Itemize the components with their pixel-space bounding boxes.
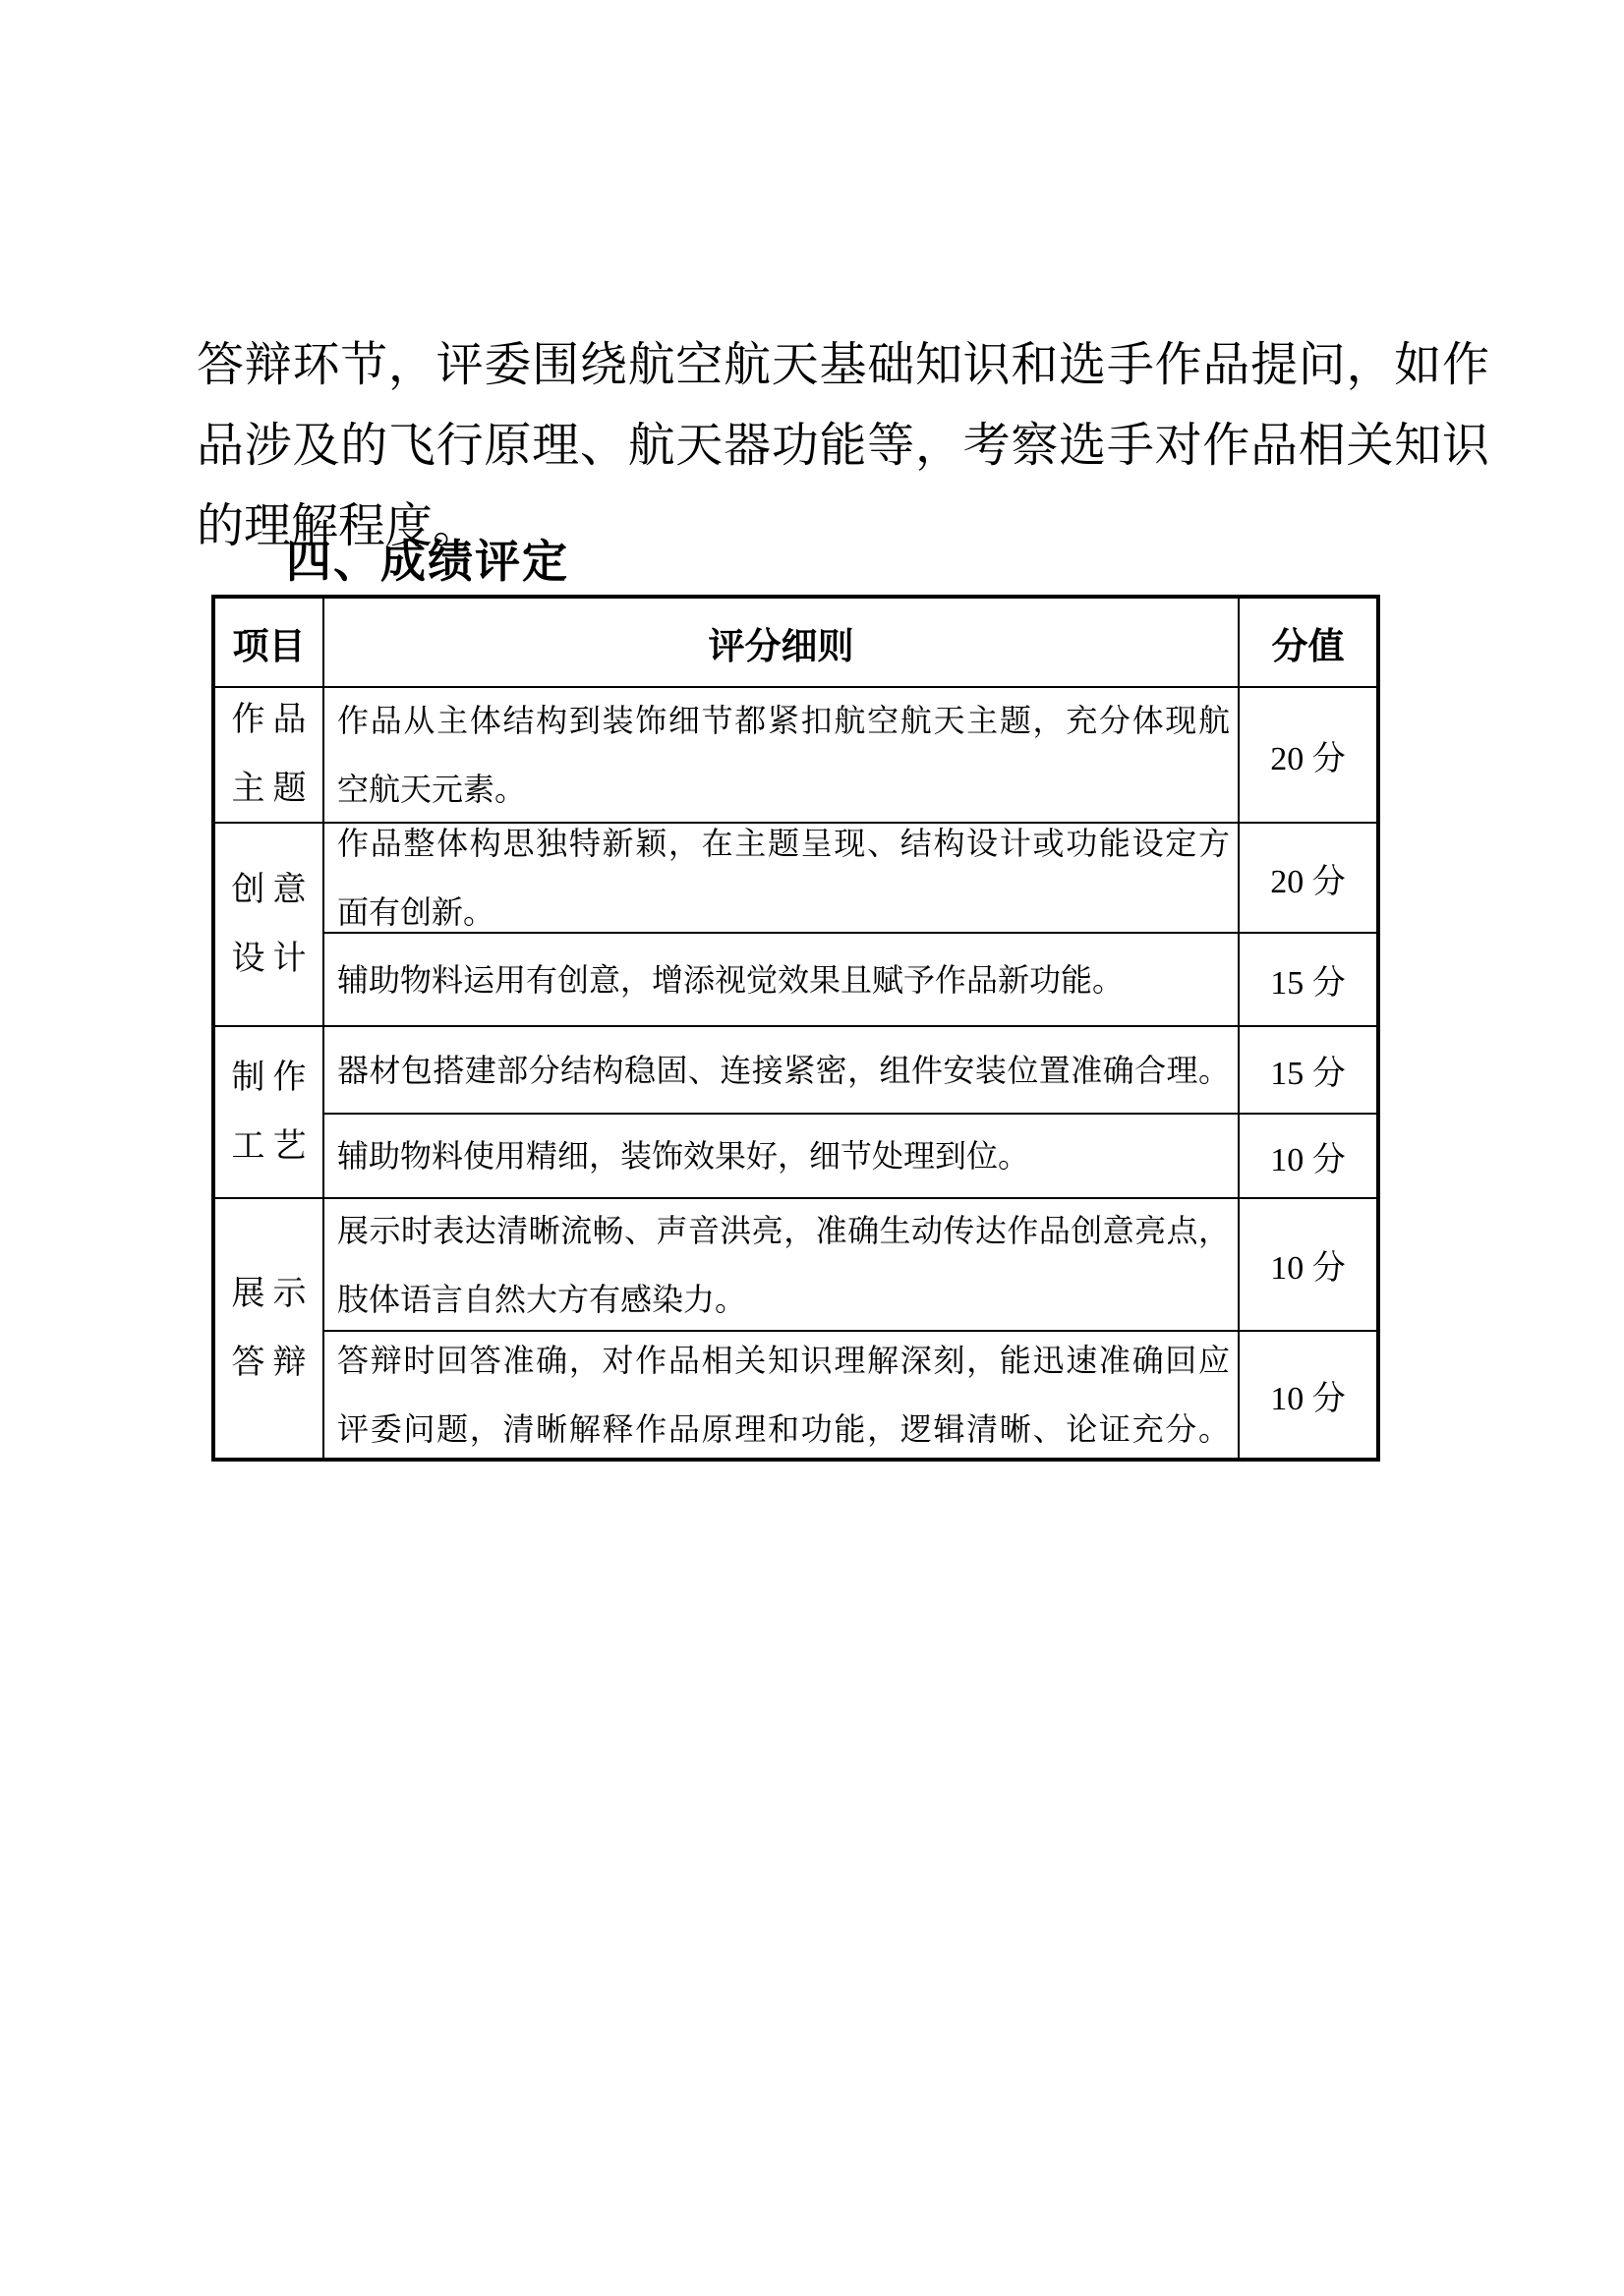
row-label-presentation-defense: 展示 答辩 [213, 1198, 323, 1460]
table-row: 答辩时回答准确，对作品相关知识理解深刻，能迅速准确回应 评委问题，清晰解释作品原… [213, 1331, 1378, 1460]
table-row: 制作 工艺 器材包搭建部分结构稳固、连接紧密，组件安装位置准确合理。 15 分 [213, 1026, 1378, 1114]
score-cell: 20 分 [1239, 823, 1378, 933]
score-cell: 10 分 [1239, 1198, 1378, 1331]
row-label-work-theme: 作品 主题 [213, 687, 323, 823]
score-cell: 10 分 [1239, 1114, 1378, 1198]
criteria-cell: 辅助物料运用有创意，增添视觉效果且赋予作品新功能。 [323, 933, 1239, 1026]
intro-paragraph: 答辩环节，评委围绕航空航天基础知识和选手作品提问，如作 品涉及的飞行原理、航天器… [197, 325, 1489, 567]
section-heading: 四、成绩评定 [286, 537, 569, 586]
table-row: 辅助物料使用精细，装饰效果好，细节处理到位。 10 分 [213, 1114, 1378, 1198]
row-label-creative-design: 创意 设计 [213, 823, 323, 1026]
paragraph-line: 品涉及的飞行原理、航天器功能等，考察选手对作品相关知识 [197, 406, 1489, 487]
paragraph-line: 答辩环节，评委围绕航空航天基础知识和选手作品提问，如作 [197, 325, 1489, 406]
criteria-cell: 器材包搭建部分结构稳固、连接紧密，组件安装位置准确合理。 [323, 1026, 1239, 1114]
score-cell: 10 分 [1239, 1331, 1378, 1460]
criteria-cell: 辅助物料使用精细，装饰效果好，细节处理到位。 [323, 1114, 1239, 1198]
table-row: 作品 主题 作品从主体结构到装饰细节都紧扣航空航天主题，充分体现航 空航天元素。… [213, 687, 1378, 823]
criteria-cell: 作品整体构思独特新颖，在主题呈现、结构设计或功能设定方 面有创新。 [323, 823, 1239, 933]
criteria-line: 作品从主体结构到装饰细节都紧扣航空航天主题，充分体现航 [337, 686, 1230, 755]
criteria-cell: 作品从主体结构到装饰细节都紧扣航空航天主题，充分体现航 空航天元素。 [323, 687, 1239, 823]
criteria-line: 肢体语言自然大方有感染力。 [337, 1265, 1230, 1334]
criteria-line: 辅助物料使用精细，装饰效果好，细节处理到位。 [337, 1121, 1230, 1190]
criteria-line: 答辩时回答准确，对作品相关知识理解深刻，能迅速准确回应 [337, 1326, 1230, 1395]
criteria-line: 作品整体构思独特新颖，在主题呈现、结构设计或功能设定方 [337, 809, 1230, 878]
criteria-line: 辅助物料运用有创意，增添视觉效果且赋予作品新功能。 [337, 946, 1230, 1014]
column-header-criteria: 评分细则 [323, 597, 1239, 687]
score-cell: 15 分 [1239, 1026, 1378, 1114]
score-cell: 20 分 [1239, 687, 1378, 823]
criteria-cell: 答辩时回答准确，对作品相关知识理解深刻，能迅速准确回应 评委问题，清晰解释作品原… [323, 1331, 1239, 1460]
column-header-score: 分值 [1239, 597, 1378, 687]
document-page: 答辩环节，评委围绕航空航天基础知识和选手作品提问，如作 品涉及的飞行原理、航天器… [0, 0, 1624, 2296]
scoring-table: 项目 评分细则 分值 作品 主题 [211, 595, 1380, 1462]
table-row: 创意 设计 作品整体构思独特新颖，在主题呈现、结构设计或功能设定方 面有创新。 … [213, 823, 1378, 933]
criteria-cell: 展示时表达清晰流畅、声音洪亮，准确生动传达作品创意亮点， 肢体语言自然大方有感染… [323, 1198, 1239, 1331]
table-row: 展示 答辩 展示时表达清晰流畅、声音洪亮，准确生动传达作品创意亮点， 肢体语言自… [213, 1198, 1378, 1331]
criteria-line: 评委问题，清晰解释作品原理和功能，逻辑清晰、论证充分。 [337, 1395, 1230, 1464]
criteria-line: 器材包搭建部分结构稳固、连接紧密，组件安装位置准确合理。 [337, 1036, 1230, 1105]
table-row: 辅助物料运用有创意，增添视觉效果且赋予作品新功能。 15 分 [213, 933, 1378, 1026]
row-label-craftsmanship: 制作 工艺 [213, 1026, 323, 1198]
score-cell: 15 分 [1239, 933, 1378, 1026]
criteria-line: 面有创新。 [337, 878, 1230, 947]
criteria-line: 展示时表达清晰流畅、声音洪亮，准确生动传达作品创意亮点， [337, 1196, 1230, 1265]
table-header-row: 项目 评分细则 分值 [213, 597, 1378, 687]
column-header-item: 项目 [213, 597, 323, 687]
